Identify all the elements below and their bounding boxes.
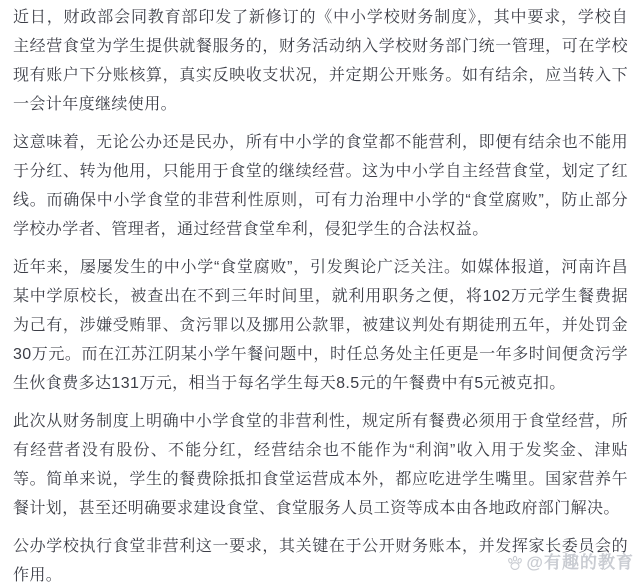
article-paragraph-1: 近日，财政部会同教育部印发了新修订的《中小学校财务制度》，其中要求，学校自主经营… [13,3,628,119]
article-paragraph-3: 近年来，屡屡发生的中小学“食堂腐败”，引发舆论广泛关注。如媒体报道，河南许昌某中… [13,253,628,398]
article-paragraph-5: 公办学校执行食堂非营利这一要求，其关键在于公开财务账本，并发挥家长委员会的作用。 [13,532,628,582]
article-paragraph-4: 此次从财务制度上明确中小学食堂的非营利性，规定所有餐费必须用于食堂经营，所有经营… [13,407,628,523]
article-page: 近日，财政部会同教育部印发了新修订的《中小学校财务制度》，其中要求，学校自主经营… [0,0,640,582]
article-paragraph-2: 这意味着，无论公办还是民办，所有中小学的食堂都不能营利，即便有结余也不能用于分红… [13,128,628,244]
